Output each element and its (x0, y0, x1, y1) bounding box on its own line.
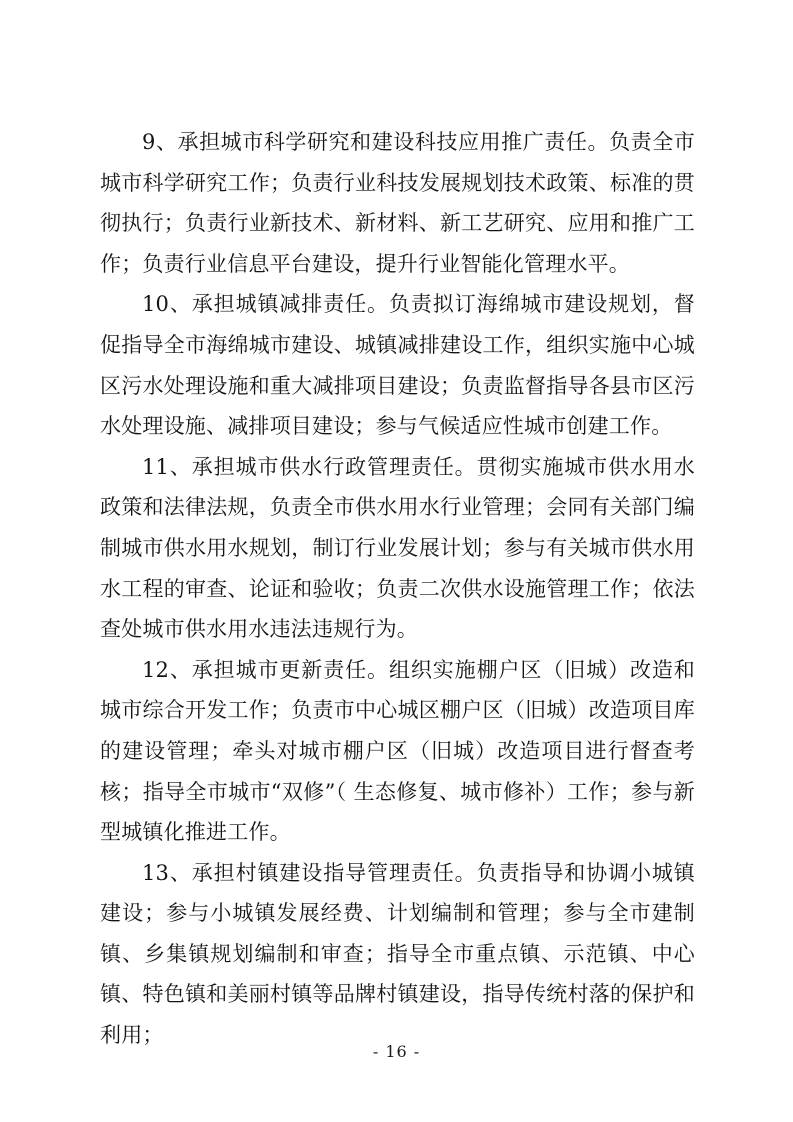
paragraph-item-9: 9、承担城市科学研究和建设科技应用推广责任。负责全市城市科学研究工作；负责行业科… (100, 122, 695, 284)
page-footer: - 16 - (0, 1042, 793, 1061)
document-page: 9、承担城市科学研究和建设科技应用推广责任。负责全市城市科学研究工作；负责行业科… (0, 0, 793, 1122)
paragraph-item-11: 11、承担城市供水行政管理责任。贯彻实施城市供水用水政策和法律法规，负责全市供水… (100, 447, 695, 650)
paragraph-item-12: 12、承担城市更新责任。组织实施棚户区（旧城）改造和城市综合开发工作；负责市中心… (100, 650, 695, 853)
paragraph-item-10: 10、承担城镇减排责任。负责拟订海绵城市建设规划，督促指导全市海绵城市建设、城镇… (100, 284, 695, 446)
page-number: - 16 - (373, 1042, 420, 1061)
paragraph-item-13: 13、承担村镇建设指导管理责任。负责指导和协调小城镇建设；参与小城镇发展经费、计… (100, 853, 695, 1056)
document-body: 9、承担城市科学研究和建设科技应用推广责任。负责全市城市科学研究工作；负责行业科… (100, 122, 695, 1056)
